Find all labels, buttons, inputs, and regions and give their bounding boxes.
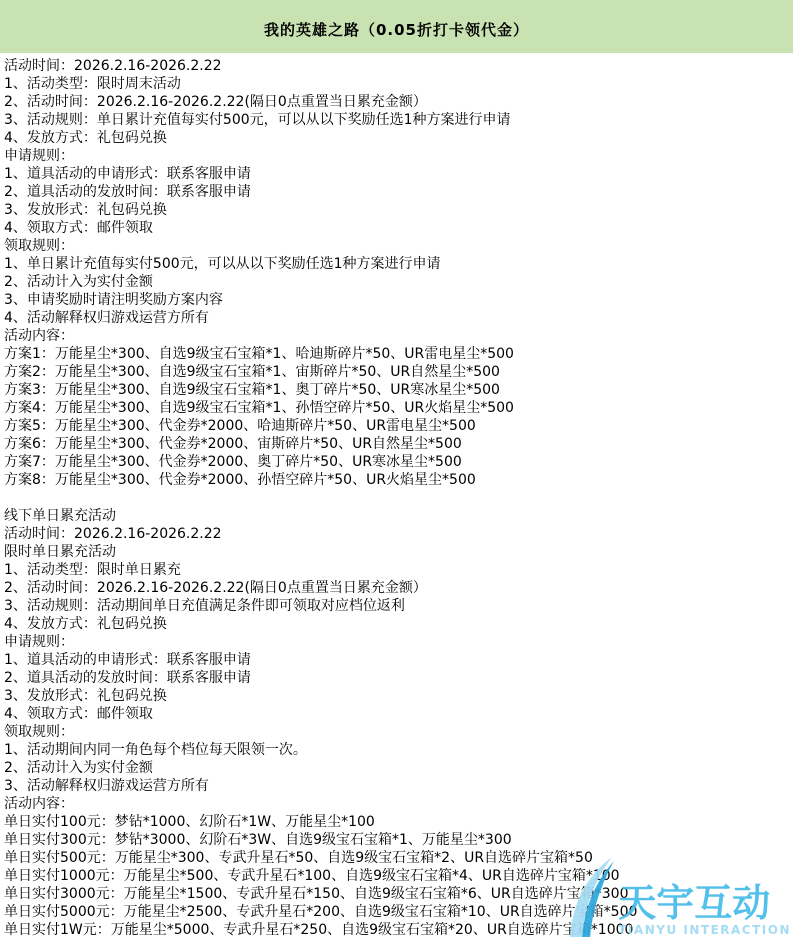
document-line: 线下单日累充活动: [4, 507, 793, 525]
document-line: 单日实付1000元：万能星尘*500、专武升星石*100、自选9级宝石宝箱*4、…: [4, 867, 793, 885]
document-line: 方案8：万能星尘*300、代金券*2000、孙悟空碎片*50、UR火焰星尘*50…: [4, 471, 793, 489]
document-line: 1、活动类型：限时单日累充: [4, 561, 793, 579]
document-line: 2、活动计入为实付金额: [4, 273, 793, 291]
document-line: 4、领取方式：邮件领取: [4, 219, 793, 237]
document-line: 4、活动解释权归游戏运营方所有: [4, 309, 793, 327]
document-line: 单日实付500元：万能星尘*300、专武升星石*50、自选9级宝石宝箱*2、UR…: [4, 849, 793, 867]
document-line: 活动时间：2026.2.16-2026.2.22: [4, 57, 793, 75]
document-line: 活动内容：: [4, 327, 793, 345]
document-line: 3、发放形式：礼包码兑换: [4, 201, 793, 219]
document-line: 2、活动时间：2026.2.16-2026.2.22(隔日0点重置当日累充金额）: [4, 579, 793, 597]
document-line: 4、发放方式：礼包码兑换: [4, 129, 793, 147]
document-line: 申请规则：: [4, 147, 793, 165]
document-line: 1、道具活动的申请形式：联系客服申请: [4, 165, 793, 183]
document-line: 方案2：万能星尘*300、自选9级宝石宝箱*1、宙斯碎片*50、UR自然星尘*5…: [4, 363, 793, 381]
activity-section-offline-daily: 线下单日累充活动活动时间：2026.2.16-2026.2.22限时单日累充活动…: [4, 507, 793, 937]
document-line: 3、发放形式：礼包码兑换: [4, 687, 793, 705]
document-line: 1、活动期间内同一角色每个档位每天限领一次。: [4, 741, 793, 759]
document-line: 2、道具活动的发放时间：联系客服申请: [4, 669, 793, 687]
document-line: 领取规则：: [4, 237, 793, 255]
document-line: 4、领取方式：邮件领取: [4, 705, 793, 723]
document-line: 方案4：万能星尘*300、自选9级宝石宝箱*1、孙悟空碎片*50、UR火焰星尘*…: [4, 399, 793, 417]
document-line: 活动内容：: [4, 795, 793, 813]
document-line: 4、发放方式：礼包码兑换: [4, 615, 793, 633]
document-line: 3、申请奖励时请注明奖励方案内容: [4, 291, 793, 309]
page-title: 我的英雄之路（0.05折打卡领代金）: [264, 13, 529, 40]
document-line: 单日实付100元：梦钻*1000、幻阶石*1W、万能星尘*100: [4, 813, 793, 831]
document-line: 单日实付300元：梦钻*3000、幻阶石*3W、自选9级宝石宝箱*1、万能星尘*…: [4, 831, 793, 849]
document-line: 方案1：万能星尘*300、自选9级宝石宝箱*1、哈迪斯碎片*50、UR雷电星尘*…: [4, 345, 793, 363]
document-line: 1、单日累计充值每实付500元，可以从以下奖励任选1种方案进行申请: [4, 255, 793, 273]
document-line: 活动时间：2026.2.16-2026.2.22: [4, 525, 793, 543]
document-line: 方案6：万能星尘*300、代金券*2000、宙斯碎片*50、UR自然星尘*500: [4, 435, 793, 453]
document-line: 单日实付3000元：万能星尘*1500、专武升星石*150、自选9级宝石宝箱*6…: [4, 885, 793, 903]
document-line: 2、活动时间：2026.2.16-2026.2.22(隔日0点重置当日累充金额）: [4, 93, 793, 111]
document-line: 2、活动计入为实付金额: [4, 759, 793, 777]
document-line: 3、活动解释权归游戏运营方所有: [4, 777, 793, 795]
title-bar: 我的英雄之路（0.05折打卡领代金）: [0, 0, 793, 53]
document-line: 申请规则：: [4, 633, 793, 651]
document-line: 限时单日累充活动: [4, 543, 793, 561]
document-line: 单日实付1W元：万能星尘*5000、专武升星石*250、自选9级宝石宝箱*20、…: [4, 921, 793, 937]
document-line: 单日实付5000元：万能星尘*2500、专武升星石*200、自选9级宝石宝箱*1…: [4, 903, 793, 921]
announcement-page: 我的英雄之路（0.05折打卡领代金） 活动时间：2026.2.16-2026.2…: [0, 0, 793, 937]
activity-section-weekend: 活动时间：2026.2.16-2026.2.221、活动类型：限时周末活动2、活…: [4, 57, 793, 489]
document-line: 3、活动规则：活动期间单日充值满足条件即可领取对应档位返利: [4, 597, 793, 615]
document-line: 方案5：万能星尘*300、代金券*2000、哈迪斯碎片*50、UR雷电星尘*50…: [4, 417, 793, 435]
document-line: 1、道具活动的申请形式：联系客服申请: [4, 651, 793, 669]
document-line: 2、道具活动的发放时间：联系客服申请: [4, 183, 793, 201]
document-line: 1、活动类型：限时周末活动: [4, 75, 793, 93]
document-line: 领取规则：: [4, 723, 793, 741]
document-line: 3、活动规则：单日累计充值每实付500元，可以从以下奖励任选1种方案进行申请: [4, 111, 793, 129]
document-line: 方案7：万能星尘*300、代金券*2000、奥丁碎片*50、UR寒冰星尘*500: [4, 453, 793, 471]
document-body: 活动时间：2026.2.16-2026.2.221、活动类型：限时周末活动2、活…: [0, 53, 793, 937]
document-line: 方案3：万能星尘*300、自选9级宝石宝箱*1、奥丁碎片*50、UR寒冰星尘*5…: [4, 381, 793, 399]
